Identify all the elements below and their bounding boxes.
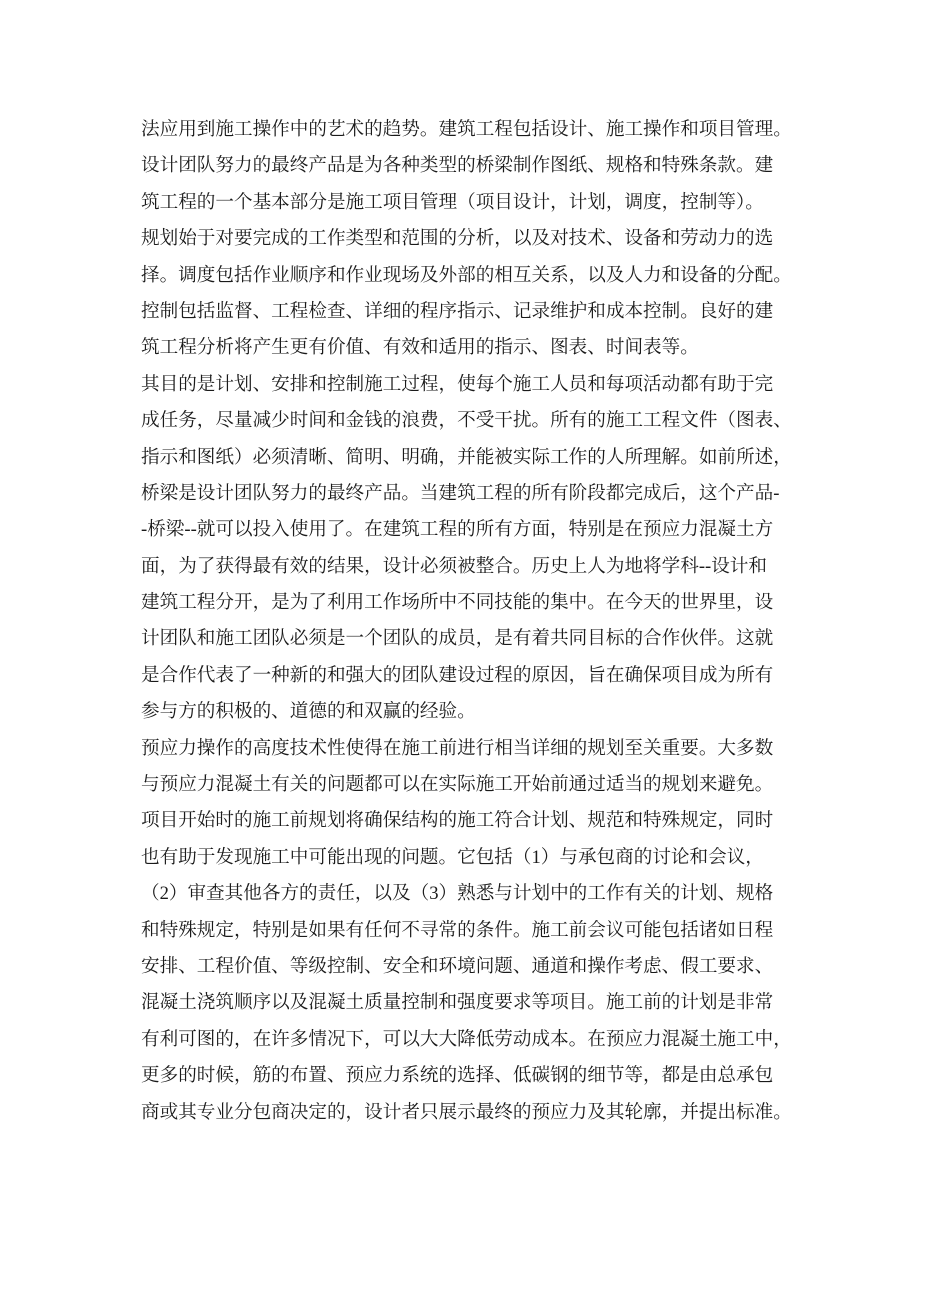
text-line: 混凝土浇筑顺序以及混凝土质量控制和强度要求等项目。施工前的计划是非常 bbox=[141, 985, 796, 1021]
text-line: 筑工程的一个基本部分是施工项目管理（项目设计，计划，调度，控制等）。 bbox=[141, 185, 796, 221]
text-line: 项目开始时的施工前规划将确保结构的施工符合计划、规范和特殊规定，同时 bbox=[141, 803, 796, 839]
text-line: -桥梁--就可以投入使用了。在建筑工程的所有方面，特别是在预应力混凝土方 bbox=[141, 512, 796, 548]
document-text: 法应用到施工操作中的艺术的趋势。建筑工程包括设计、施工操作和项目管理。设计团队努… bbox=[141, 112, 796, 1131]
text-line: （2）审查其他各方的责任，以及（3）熟悉与计划中的工作有关的计划、规格 bbox=[141, 876, 796, 912]
text-line: 其目的是计划、安排和控制施工过程，使每个施工人员和每项活动都有助于完 bbox=[141, 367, 796, 403]
text-line: 法应用到施工操作中的艺术的趋势。建筑工程包括设计、施工操作和项目管理。 bbox=[141, 112, 796, 148]
text-line: 择。调度包括作业顺序和作业现场及外部的相互关系，以及人力和设备的分配。 bbox=[141, 258, 796, 294]
text-line: 成任务，尽量减少时间和金钱的浪费，不受干扰。所有的施工工程文件（图表、 bbox=[141, 403, 796, 439]
paragraph-3: 预应力操作的高度技术性使得在施工前进行相当详细的规划至关重要。大多数与预应力混凝… bbox=[141, 731, 796, 1131]
text-line: 和特殊规定，特别是如果有任何不寻常的条件。施工前会议可能包括诸如日程 bbox=[141, 913, 796, 949]
text-line: 与预应力混凝土有关的问题都可以在实际施工开始前通过适当的规划来避免。 bbox=[141, 767, 796, 803]
text-line: 桥梁是设计团队努力的最终产品。当建筑工程的所有阶段都完成后，这个产品- bbox=[141, 476, 796, 512]
text-line: 是合作代表了一种新的和强大的团队建设过程的原因，旨在确保项目成为所有 bbox=[141, 658, 796, 694]
text-line: 指示和图纸）必须清晰、简明、明确，并能被实际工作的人所理解。如前所述， bbox=[141, 440, 796, 476]
text-line: 也有助于发现施工中可能出现的问题。它包括（1）与承包商的讨论和会议， bbox=[141, 840, 796, 876]
text-line: 面，为了获得最有效的结果，设计必须被整合。历史上人为地将学科--设计和 bbox=[141, 549, 796, 585]
paragraph-2: 其目的是计划、安排和控制施工过程，使每个施工人员和每项活动都有助于完成任务，尽量… bbox=[141, 367, 796, 731]
text-line: 筑工程分析将产生更有价值、有效和适用的指示、图表、时间表等。 bbox=[141, 330, 796, 366]
paragraph-1: 法应用到施工操作中的艺术的趋势。建筑工程包括设计、施工操作和项目管理。设计团队努… bbox=[141, 112, 796, 367]
text-line: 规划始于对要完成的工作类型和范围的分析，以及对技术、设备和劳动力的选 bbox=[141, 221, 796, 257]
text-line: 商或其专业分包商决定的，设计者只展示最终的预应力及其轮廓，并提出标准。 bbox=[141, 1095, 796, 1131]
text-line: 控制包括监督、工程检查、详细的程序指示、记录维护和成本控制。良好的建 bbox=[141, 294, 796, 330]
text-line: 计团队和施工团队必须是一个团队的成员，是有着共同目标的合作伙伴。这就 bbox=[141, 621, 796, 657]
text-line: 建筑工程分开，是为了利用工作场所中不同技能的集中。在今天的世界里，设 bbox=[141, 585, 796, 621]
text-line: 更多的时候，筋的布置、预应力系统的选择、低碳钢的细节等，都是由总承包 bbox=[141, 1058, 796, 1094]
text-line: 预应力操作的高度技术性使得在施工前进行相当详细的规划至关重要。大多数 bbox=[141, 731, 796, 767]
text-line: 参与方的积极的、道德的和双赢的经验。 bbox=[141, 694, 796, 730]
text-line: 安排、工程价值、等级控制、安全和环境问题、通道和操作考虑、假工要求、 bbox=[141, 949, 796, 985]
text-line: 有利可图的，在许多情况下，可以大大降低劳动成本。在预应力混凝土施工中， bbox=[141, 1022, 796, 1058]
document-page: 法应用到施工操作中的艺术的趋势。建筑工程包括设计、施工操作和项目管理。设计团队努… bbox=[0, 0, 926, 1309]
text-line: 设计团队努力的最终产品是为各种类型的桥梁制作图纸、规格和特殊条款。建 bbox=[141, 148, 796, 184]
